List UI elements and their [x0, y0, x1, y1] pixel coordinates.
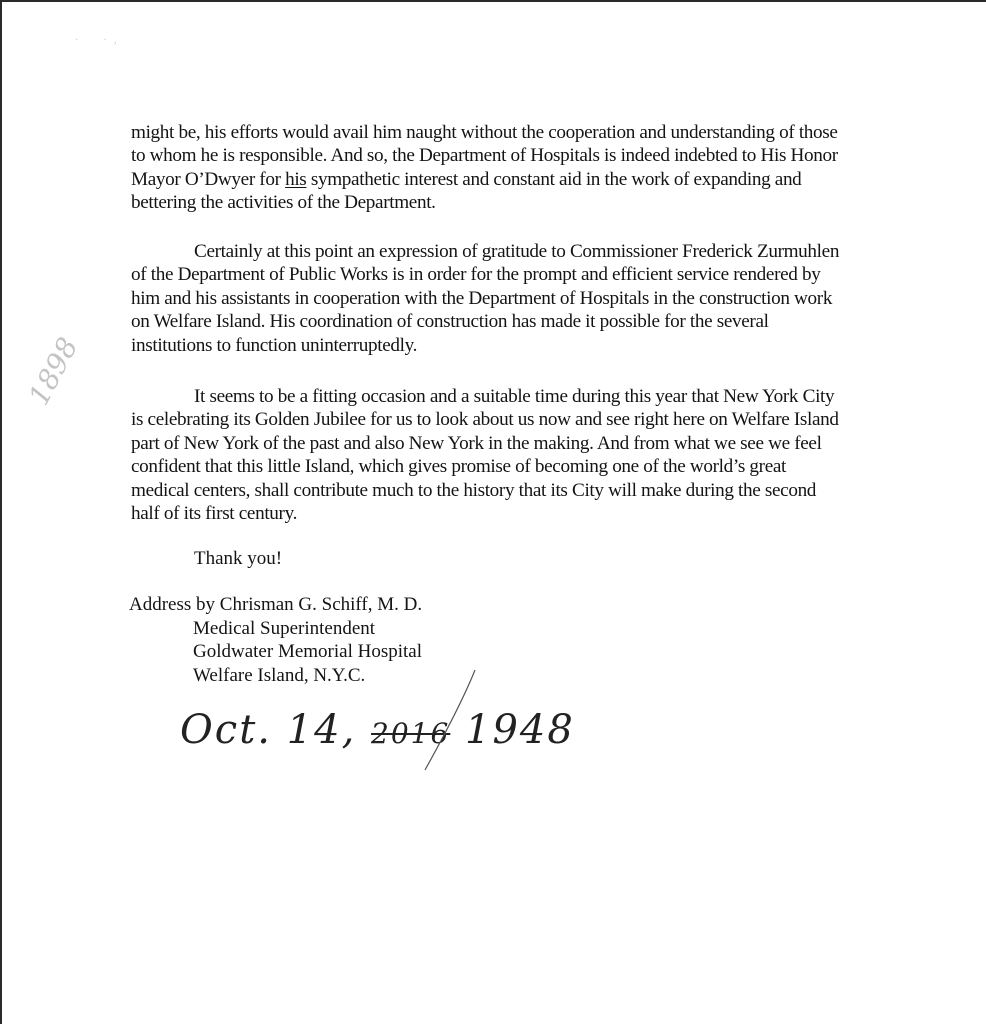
handwritten-date-year: 1948 [465, 707, 575, 753]
scan-specks: · · , [75, 35, 117, 46]
text-line: confident that this little Island, which… [131, 455, 966, 478]
text-line: half of its first century. [131, 502, 966, 525]
paragraph-3: It seems to be a fitting occasion and a … [131, 385, 966, 525]
text-line: bettering the activities of the Departme… [131, 191, 966, 214]
closing-line: Thank you! [194, 547, 282, 570]
text-line: Mayor O’Dwyer for his sympathetic intere… [131, 168, 966, 191]
text-line: Certainly at this point an expression of… [131, 240, 966, 263]
signature-title: Medical Superintendent [129, 617, 422, 641]
handwritten-date: Oct. 14, 2016 1948 [180, 700, 575, 764]
text-line: medical centers, shall contribute much t… [131, 479, 966, 502]
signature-location: Welfare Island, N.Y.C. [129, 664, 422, 688]
paragraph-2: Certainly at this point an expression of… [131, 240, 966, 357]
paragraph-1: might be, his efforts would avail him na… [131, 121, 966, 215]
underlined-word: his [285, 169, 306, 190]
text-line: institutions to function uninterruptedly… [131, 334, 966, 357]
signature-block: Address by Chrisman G. Schiff, M. D. Med… [129, 593, 422, 687]
text-line: might be, his efforts would avail him na… [131, 121, 966, 144]
handwritten-date-prefix: Oct. 14, [180, 707, 356, 753]
text-line: on Welfare Island. His coordination of c… [131, 310, 966, 333]
signature-institution: Goldwater Memorial Hospital [129, 640, 422, 664]
signature-byline: Address by Chrisman G. Schiff, M. D. [129, 593, 422, 617]
pen-stroke [420, 665, 480, 775]
text-line: is celebrating its Golden Jubilee for us… [131, 408, 966, 431]
text-line: of the Department of Public Works is in … [131, 263, 966, 286]
text-line: to whom he is responsible. And so, the D… [131, 144, 966, 167]
text-line: It seems to be a fitting occasion and a … [131, 385, 966, 408]
text-line: him and his assistants in cooperation wi… [131, 287, 966, 310]
text-line: part of New York of the past and also Ne… [131, 432, 966, 455]
